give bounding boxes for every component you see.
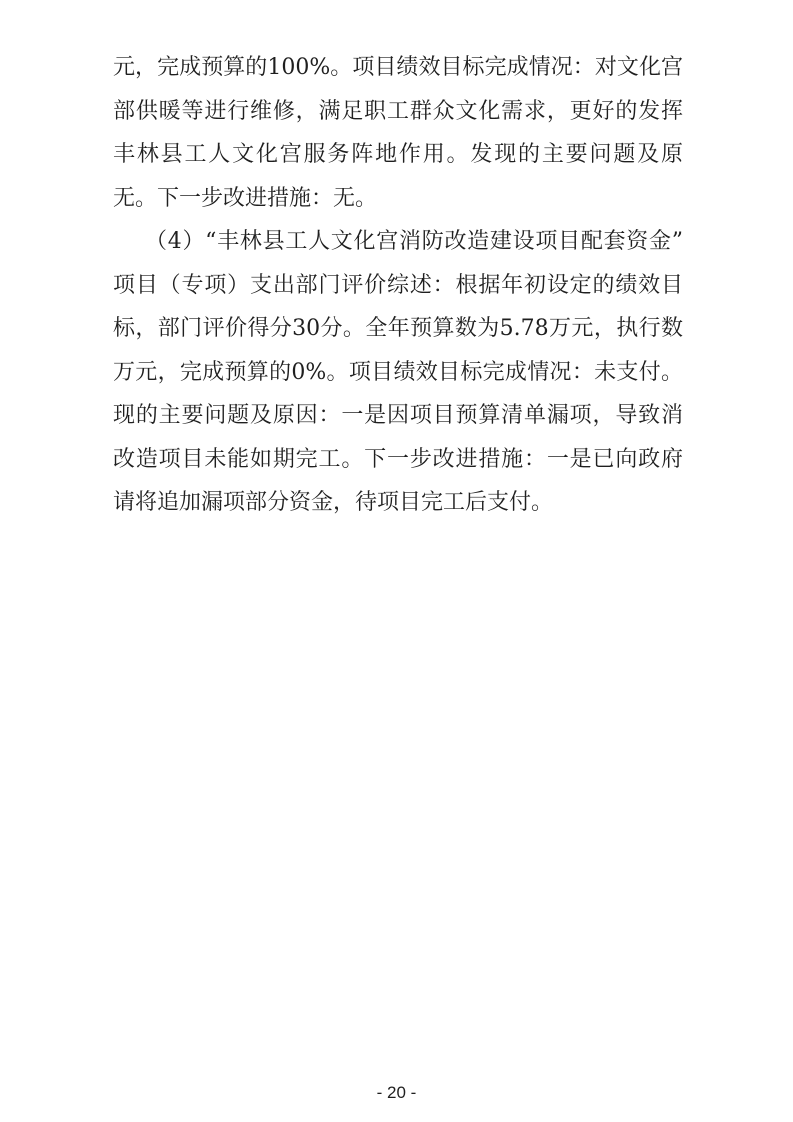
text-line: 丰林县工人文化宫服务阵地作用。发现的主要问题及原因：	[113, 133, 683, 177]
text-line: （4）“丰林县工人文化宫消防改造建设项目配套资金”	[113, 220, 683, 264]
text-line: 请将追加漏项部分资金，待项目完工后支付。	[113, 481, 683, 525]
text-line: 现的主要问题及原因：一是因项目预算清单漏项，导致消防	[113, 394, 683, 438]
page-number: - 20 -	[0, 1083, 793, 1103]
document-page: 元，完成预算的100%。项目绩效目标完成情况：对文化宫内 部供暖等进行维修，满足…	[0, 0, 793, 1122]
text-line: 改造项目未能如期完工。下一步改进措施：一是已向政府申	[113, 438, 683, 482]
text-line: 万元，完成预算的0%。项目绩效目标完成情况：未支付。发	[113, 351, 683, 395]
text-line: 部供暖等进行维修，满足职工群众文化需求，更好的发挥好	[113, 90, 683, 134]
text-line: 元，完成预算的100%。项目绩效目标完成情况：对文化宫内	[113, 46, 683, 90]
text-line: 标，部门评价得分30分。全年预算数为5.78万元，执行数为0	[113, 307, 683, 351]
paragraph-2: （4）“丰林县工人文化宫消防改造建设项目配套资金” 项目（专项）支出部门评价综述…	[113, 220, 683, 525]
page-body-text: 元，完成预算的100%。项目绩效目标完成情况：对文化宫内 部供暖等进行维修，满足…	[113, 46, 683, 525]
text-line: 项目（专项）支出部门评价综述：根据年初设定的绩效目	[113, 264, 683, 308]
text-line: 无。下一步改进措施：无。	[113, 177, 683, 221]
paragraph-1: 元，完成预算的100%。项目绩效目标完成情况：对文化宫内 部供暖等进行维修，满足…	[113, 46, 683, 220]
